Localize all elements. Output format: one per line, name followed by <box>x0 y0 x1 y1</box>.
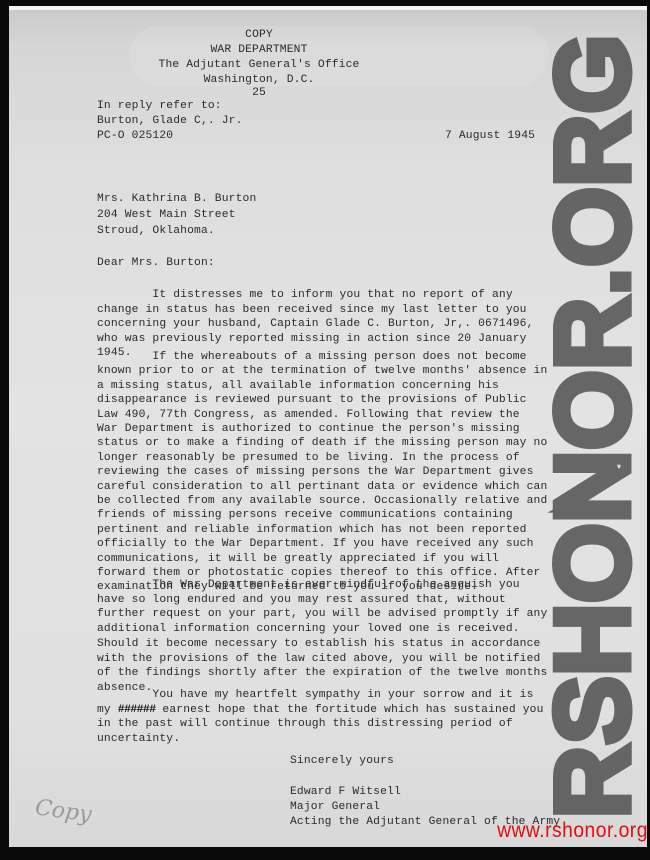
body-line: have so long endured and you may rest as… <box>97 592 506 608</box>
recipient-city: Stroud, Oklahoma. <box>97 223 215 239</box>
recipient-street: 204 West Main Street <box>97 207 236 223</box>
body-line: The War Department is ever mindful of th… <box>97 577 520 593</box>
body-line: who was previously reported missing in a… <box>97 331 527 347</box>
watermark-url: www.rshonor.org <box>497 819 648 843</box>
handwritten-copy-note: Copy <box>34 795 94 828</box>
body-line: my ###### earnest hope that the fortitud… <box>97 702 544 718</box>
body-line: additional information concerning your l… <box>97 621 520 637</box>
salutation: Dear Mrs. Burton: <box>97 255 215 271</box>
letter-date: 7 August 1945 <box>445 128 535 144</box>
copy-mark: COPY <box>9 27 509 43</box>
letter-paper: COPY WAR DEPARTMENT The Adjutant General… <box>9 6 647 847</box>
reference-code: PC-O 025120 <box>97 128 173 144</box>
signature-name: Edward F Witsell <box>290 784 401 800</box>
signature-rank: Major General <box>290 799 380 815</box>
body-line: Should it become necessary to establish … <box>97 636 540 652</box>
office-heading: The Adjutant General's Office <box>9 57 509 73</box>
struck-out-word: ###### <box>118 704 156 716</box>
closing: Sincerely yours <box>290 753 394 769</box>
body-line: in the past will continue through this d… <box>97 716 513 732</box>
photo-frame: COPY WAR DEPARTMENT The Adjutant General… <box>0 0 650 860</box>
paper-top-edge <box>9 6 647 10</box>
department-heading: WAR DEPARTMENT <box>9 42 509 58</box>
body-line: uncertainty. <box>97 731 180 747</box>
recipient-name: Mrs. Kathrina B. Burton <box>97 191 256 207</box>
letterhead-number: 25 <box>9 85 509 101</box>
body-line: of the findings shortly after the expira… <box>97 665 547 681</box>
body-line: with the provisions of the law cited abo… <box>97 651 540 667</box>
body-line: further request on your part, you will b… <box>97 606 547 622</box>
reference-name: Burton, Glade C,. Jr. <box>97 113 243 129</box>
reference-label: In reply refer to: <box>97 98 222 114</box>
body-line: You have my heartfelt sympathy in your s… <box>97 687 534 703</box>
